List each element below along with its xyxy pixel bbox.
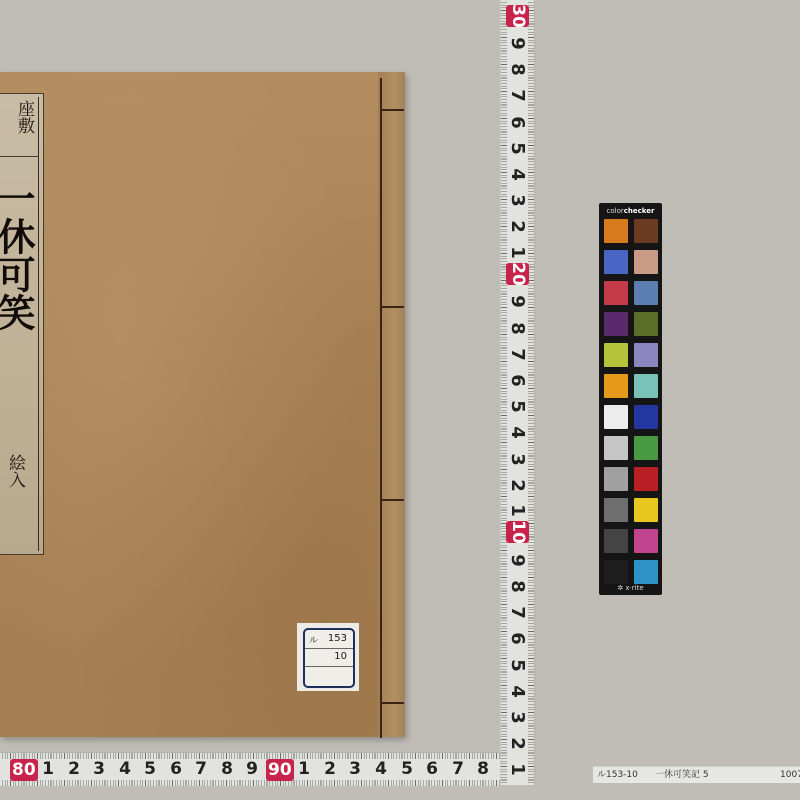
ruler-mark: 1 — [40, 759, 56, 779]
ruler-mark: 4 — [507, 422, 528, 443]
color-patch — [604, 498, 628, 522]
ruler-mark: 7 — [193, 759, 209, 779]
color-patch — [634, 374, 658, 398]
vertical-measuring-tape: 309876543212098765432110987654321 — [500, 0, 535, 785]
color-patch — [634, 343, 658, 367]
horizontal-measuring-tape: 801234567899012345678 — [0, 752, 500, 786]
ruler-mark: 8 — [507, 59, 528, 80]
catalog-label-frame: ル 153 10 — [303, 628, 355, 688]
ruler-mark: 2 — [507, 216, 528, 237]
color-patch — [604, 529, 628, 553]
color-patch — [604, 560, 628, 584]
binding-thread — [380, 78, 382, 738]
color-patch — [604, 374, 628, 398]
ruler-mark: 3 — [91, 759, 107, 779]
ruler-mark: 2 — [66, 759, 82, 779]
caption-id: ル153-10 — [597, 767, 638, 783]
color-patch — [604, 250, 628, 274]
color-patch — [634, 405, 658, 429]
binding-stitch — [380, 306, 404, 308]
ruler-mark: 6 — [168, 759, 184, 779]
catalog-row-empty — [305, 666, 353, 684]
ruler-mark: 7 — [507, 344, 528, 365]
ruler-mark: 7 — [507, 85, 528, 106]
catalog-volume: 10 — [334, 651, 347, 662]
title-slip-main-text: 一休可笑 — [0, 179, 35, 331]
color-patch — [604, 343, 628, 367]
ruler-mark: 8 — [475, 759, 491, 779]
catalog-row-number: ル 153 — [305, 630, 353, 649]
ruler-mark: 4 — [507, 681, 528, 702]
color-checker: colorchecker ✲ x·rite — [599, 203, 662, 595]
ruler-mark: 6 — [507, 370, 528, 391]
caption-title: 一休可笑記 5 — [655, 767, 709, 783]
ruler-mark: 2 — [507, 475, 528, 496]
binding-stitch — [380, 109, 404, 111]
ruler-mark: 5 — [507, 138, 528, 159]
binding-stitch — [380, 702, 404, 704]
color-patch — [634, 498, 658, 522]
ruler-mark: 8 — [507, 576, 528, 597]
title-slip-lower-text: 絵入 — [5, 454, 25, 488]
color-patch — [634, 436, 658, 460]
color-patch — [634, 529, 658, 553]
ruler-mark: 6 — [424, 759, 440, 779]
ruler-mark: 1 — [507, 500, 528, 521]
color-patch — [634, 250, 658, 274]
ruler-mark: 8 — [219, 759, 235, 779]
color-patch — [604, 281, 628, 305]
ruler-mark: 8 — [507, 318, 528, 339]
ruler-mark: 9 — [507, 550, 528, 571]
ruler-mark: 2 — [322, 759, 338, 779]
ruler-mark: 4 — [507, 164, 528, 185]
title-slip-divider — [0, 156, 39, 157]
ruler-mark: 5 — [142, 759, 158, 779]
catalog-prefix: ル — [309, 633, 318, 646]
color-patch — [634, 560, 658, 584]
ruler-mark: 1 — [296, 759, 312, 779]
catalog-number: 153 — [328, 633, 347, 644]
color-patch — [604, 405, 628, 429]
color-patch — [604, 467, 628, 491]
ruler-mark: 4 — [117, 759, 133, 779]
ruler-mark: 9 — [507, 291, 528, 312]
ruler-major-mark: 20 — [506, 263, 529, 285]
ruler-mark: 5 — [399, 759, 415, 779]
ruler-mark: 7 — [450, 759, 466, 779]
ruler-mark: 3 — [507, 449, 528, 470]
ruler-mark: 3 — [507, 707, 528, 728]
ruler-mark: 6 — [507, 112, 528, 133]
color-patch — [634, 467, 658, 491]
color-patch — [634, 281, 658, 305]
title-slip: 座敷 一休可笑 絵入 — [0, 93, 44, 555]
ruler-major-mark: 10 — [506, 521, 529, 543]
ruler-mark: 5 — [507, 396, 528, 417]
ruler-mark: 4 — [373, 759, 389, 779]
caption-strip: ル153-10 一休可笑記 5 10076 — [593, 766, 800, 783]
color-patch — [604, 436, 628, 460]
ruler-mark: 3 — [347, 759, 363, 779]
ruler-mark: 1 — [507, 242, 528, 263]
ruler-mark: 6 — [507, 628, 528, 649]
ruler-mark: 7 — [507, 602, 528, 623]
color-patch — [604, 312, 628, 336]
ruler-mark: 1 — [507, 759, 528, 780]
catalog-label: ル 153 10 — [297, 623, 359, 691]
color-checker-title: colorchecker — [599, 207, 662, 215]
catalog-row-volume: 10 — [305, 648, 353, 667]
color-patch — [634, 312, 658, 336]
color-patch — [634, 219, 658, 243]
color-patch — [604, 219, 628, 243]
ruler-mark: 2 — [507, 733, 528, 754]
ruler-mark: 9 — [244, 759, 260, 779]
ruler-mark: 3 — [507, 190, 528, 211]
xrite-logo: ✲ x·rite — [599, 584, 662, 592]
ruler-mark: 5 — [507, 655, 528, 676]
ruler-major-mark: 90 — [266, 759, 294, 781]
book-spine — [378, 72, 405, 737]
title-slip-upper-text: 座敷 — [0, 100, 35, 134]
caption-number: 10076 — [780, 767, 800, 783]
binding-stitch — [380, 499, 404, 501]
ruler-major-mark: 30 — [506, 5, 529, 27]
ruler-major-mark: 80 — [10, 759, 38, 781]
ruler-mark: 9 — [507, 33, 528, 54]
